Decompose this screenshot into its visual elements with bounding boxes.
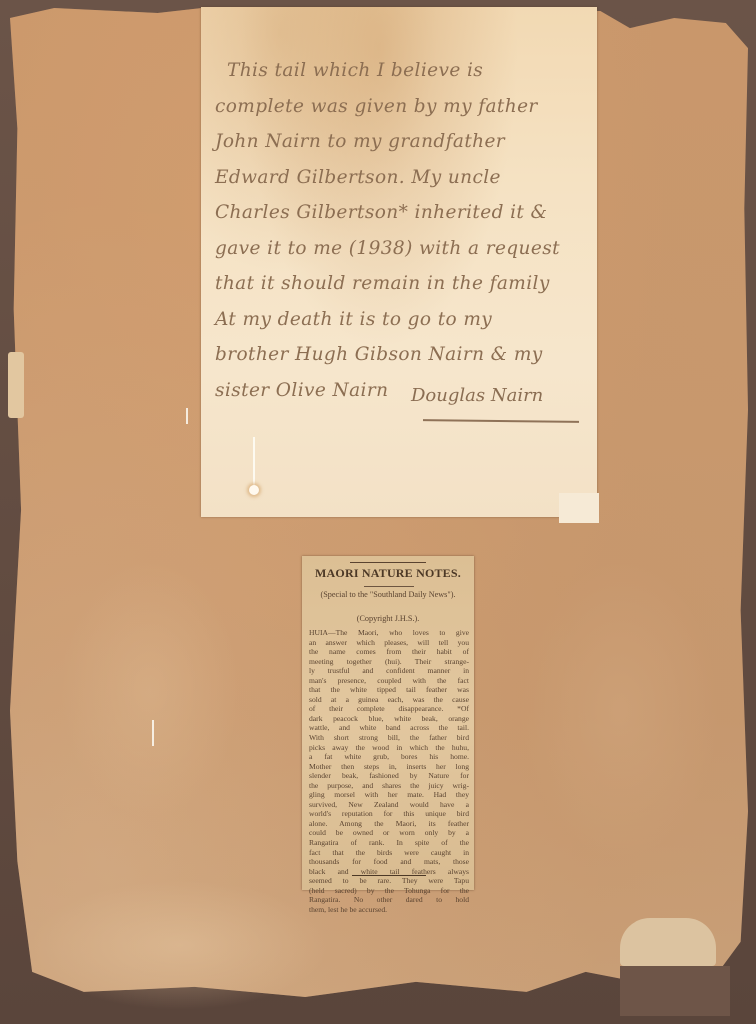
article-line: With short strong bill, the father bird — [309, 733, 469, 743]
article-line: the name comes from their habit of — [309, 647, 469, 657]
torn-corner — [559, 493, 599, 523]
article-line: of their complete disappearance. *Of — [309, 704, 469, 714]
note-line: Edward Gilbertson. My uncle — [215, 160, 585, 196]
article-line: could be owned or worn only by a — [309, 828, 469, 838]
article-line: meeting together (hui). Their strange- — [309, 657, 469, 667]
article-line: Mother then steps in, inserts her long — [309, 762, 469, 772]
glue-drip — [186, 408, 188, 424]
clipping-article: HUIA—The Maori, who loves to give an ans… — [309, 628, 469, 914]
article-line: the purpose, and shares the juicy wrig- — [309, 781, 469, 791]
note-body: This tail which I believe is complete wa… — [215, 53, 585, 408]
article-line: picks away the wood in which the huhu, — [309, 743, 469, 753]
handwritten-note: This tail which I believe is complete wa… — [201, 7, 597, 517]
clipping-title: MAORI NATURE NOTES. — [302, 566, 474, 581]
divider — [364, 586, 414, 587]
note-line: brother Hugh Gibson Nairn & my — [215, 337, 585, 373]
clipping-copyright: (Copyright J.H.S.). — [310, 614, 466, 623]
article-line: fact that the birds were caught in — [309, 848, 469, 858]
article-line: dark peacock blue, white beak, orange — [309, 714, 469, 724]
newspaper-clipping: MAORI NATURE NOTES. (Special to the "Sou… — [302, 556, 474, 890]
article-line: alone. Among the Maori, its feather — [309, 819, 469, 829]
note-line: Charles Gilbertson* inherited it & — [215, 195, 585, 231]
article-line: seemed to be rare. They were Tapu — [309, 876, 469, 886]
article-line: world's reputation for this unique bird — [309, 809, 469, 819]
article-line: an answer which pleases, will tell you — [309, 638, 469, 648]
note-line: This tail which I believe is — [215, 53, 585, 89]
article-line: survived, New Zealand would have a — [309, 800, 469, 810]
note-line: gave it to me (1938) with a request — [215, 231, 585, 267]
divider — [350, 562, 426, 563]
article-line: wattle, and white band across the tail. — [309, 723, 469, 733]
article-line: man's presence, coupled with the fact — [309, 676, 469, 686]
divider — [352, 875, 426, 876]
article-line: Rangatira. No other dared to hold — [309, 895, 469, 905]
article-line: ly trustful and confident manner in — [309, 666, 469, 676]
note-line: John Nairn to my grandfather — [215, 124, 585, 160]
torn-paper-patch — [620, 918, 716, 966]
article-line: (held sacred) by the Tohunga for the — [309, 886, 469, 896]
note-line: that it should remain in the family — [215, 266, 585, 302]
exposed-board — [620, 966, 730, 1016]
water-drop — [249, 485, 259, 495]
article-line: Rangatira of rank. In spite of the — [309, 838, 469, 848]
article-line: a fat white grub, bores his home. — [309, 752, 469, 762]
article-line: that the white tipped tail feather was — [309, 685, 469, 695]
article-line: gling morsel with her mate. Had they — [309, 790, 469, 800]
note-line: At my death it is to go to my — [215, 302, 585, 338]
article-line: thousands for food and mats, those — [309, 857, 469, 867]
signature: Douglas Nairn — [411, 385, 543, 406]
article-line: them, lest he be accursed. — [309, 905, 469, 915]
article-line: HUIA—The Maori, who loves to give — [309, 628, 469, 638]
clipping-subtitle: (Special to the "Southland Daily News"). — [310, 590, 466, 600]
torn-paper-edge — [8, 352, 24, 418]
article-line: slender beak, fashioned by Nature for — [309, 771, 469, 781]
signature-underline — [423, 419, 579, 423]
note-line: complete was given by my father — [215, 89, 585, 125]
article-line: sold at a guinea each, was the cause — [309, 695, 469, 705]
water-drip — [253, 437, 255, 487]
glue-drip — [152, 720, 154, 746]
